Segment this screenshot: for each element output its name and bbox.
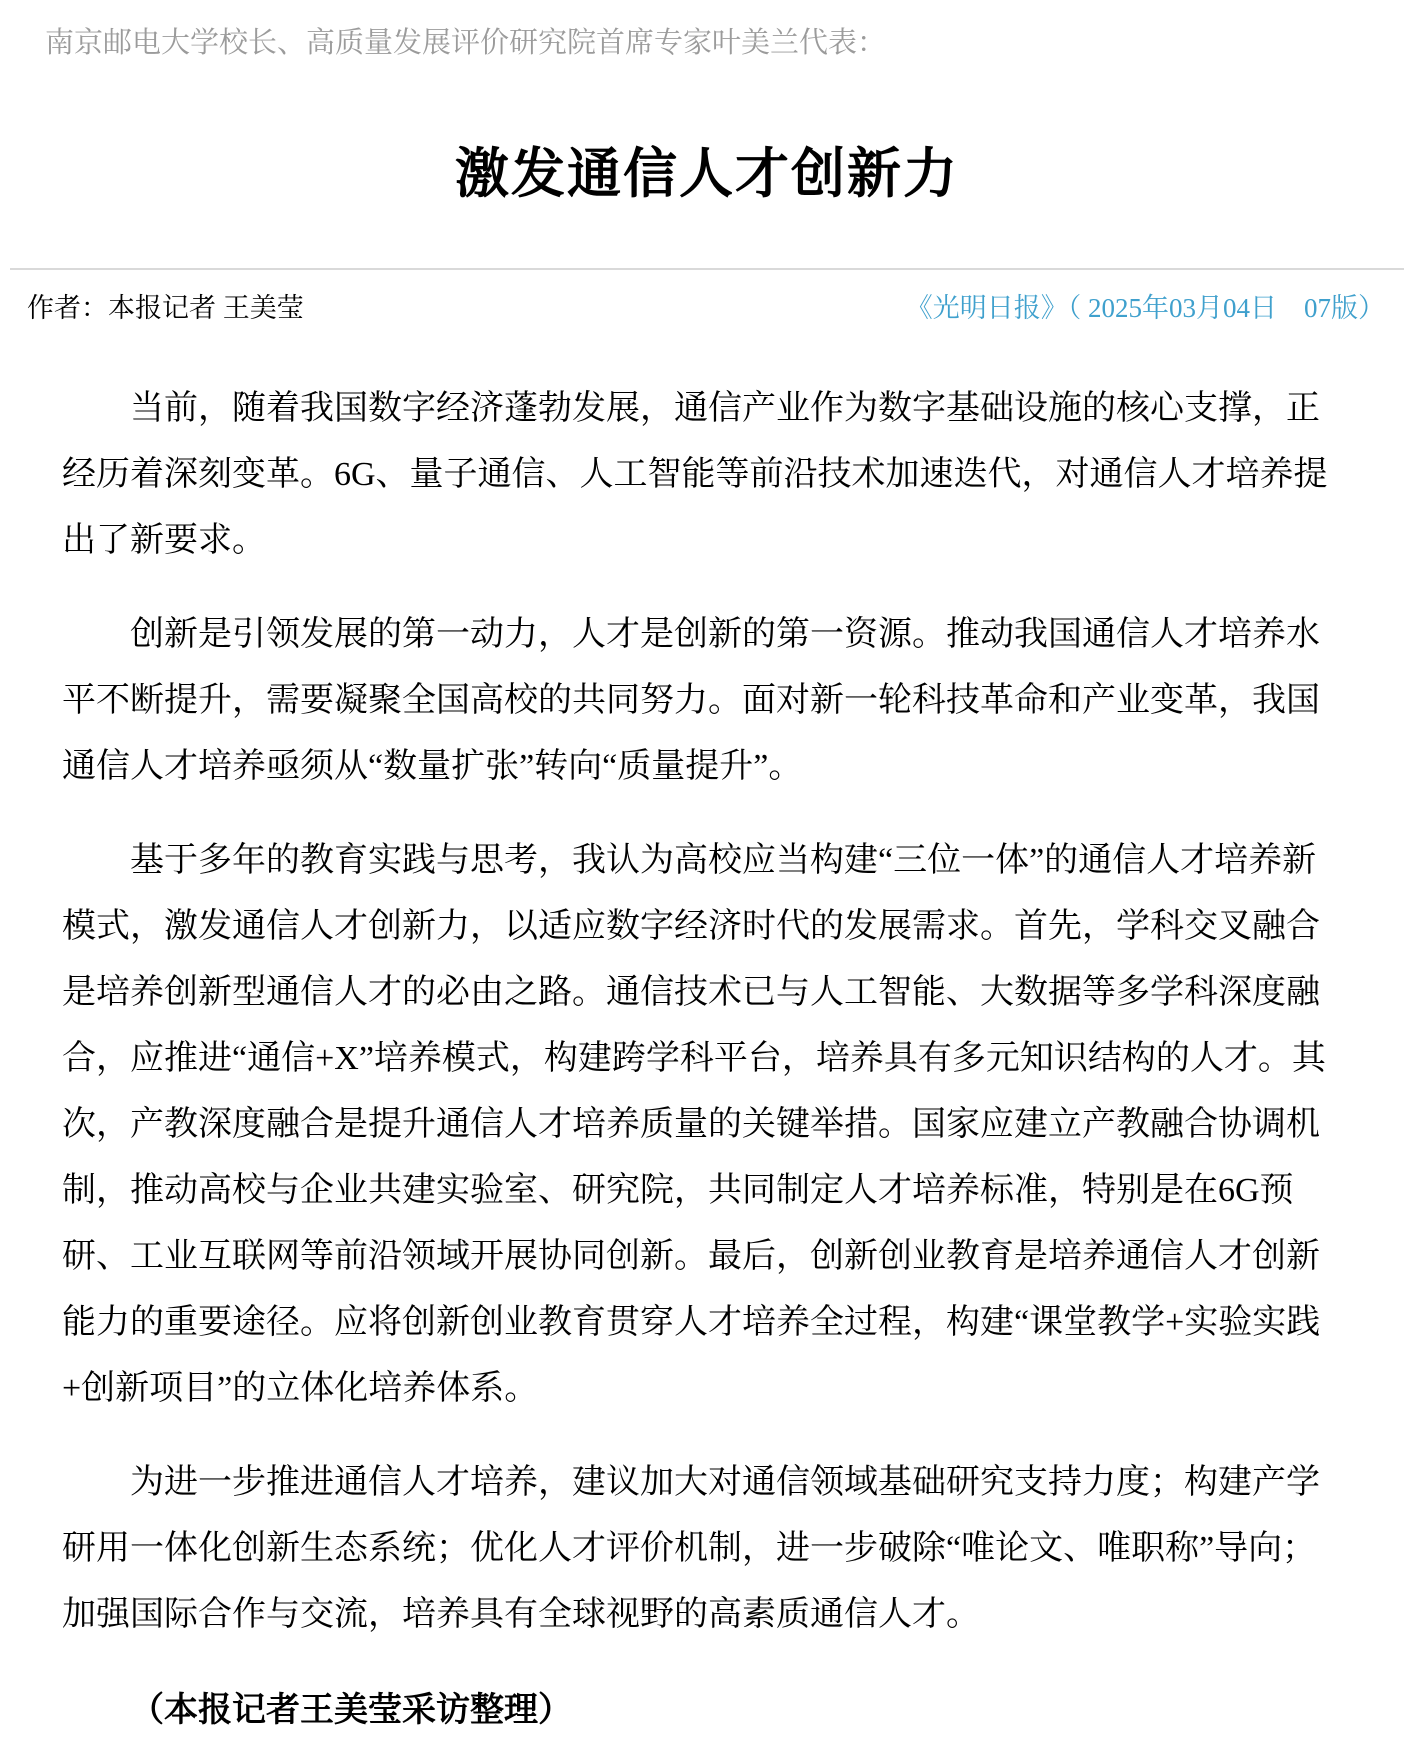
- source-info: 《光明日报》（ 2025年03月04日 07版）: [906, 288, 1385, 328]
- article-kicker: 南京邮电大学校长、高质量发展评价研究院首席专家叶美兰代表：: [0, 0, 1414, 63]
- meta-row: 作者：本报记者 王美莹 《光明日报》（ 2025年03月04日 07版）: [0, 288, 1414, 328]
- title-divider: [10, 268, 1404, 270]
- article-paragraph: 为进一步推进通信人才培养，建议加大对通信领域基础研究支持力度；构建产学研用一体化…: [62, 1450, 1334, 1648]
- reporter-note: （本报记者王美莹采访整理）: [62, 1678, 1334, 1744]
- source-issue-date: （ 2025年03月04日 07版）: [1068, 293, 1385, 323]
- author-text: 作者：本报记者 王美莹: [27, 288, 304, 328]
- page-title: 激发通信人才创新力: [0, 147, 1414, 201]
- article-body: 当前，随着我国数字经济蓬勃发展，通信产业作为数字基础设施的核心支撑，正经历着深刻…: [0, 376, 1334, 1744]
- article-paragraph: 基于多年的教育实践与思考，我认为高校应当构建“三位一体”的通信人才培养新模式，激…: [62, 828, 1334, 1422]
- article-paragraph: 当前，随着我国数字经济蓬勃发展，通信产业作为数字基础设施的核心支撑，正经历着深刻…: [62, 376, 1334, 574]
- source-newspaper-link[interactable]: 《光明日报》: [906, 293, 1068, 323]
- article-paragraph: 创新是引领发展的第一动力，人才是创新的第一资源。推动我国通信人才培养水平不断提升…: [62, 602, 1334, 800]
